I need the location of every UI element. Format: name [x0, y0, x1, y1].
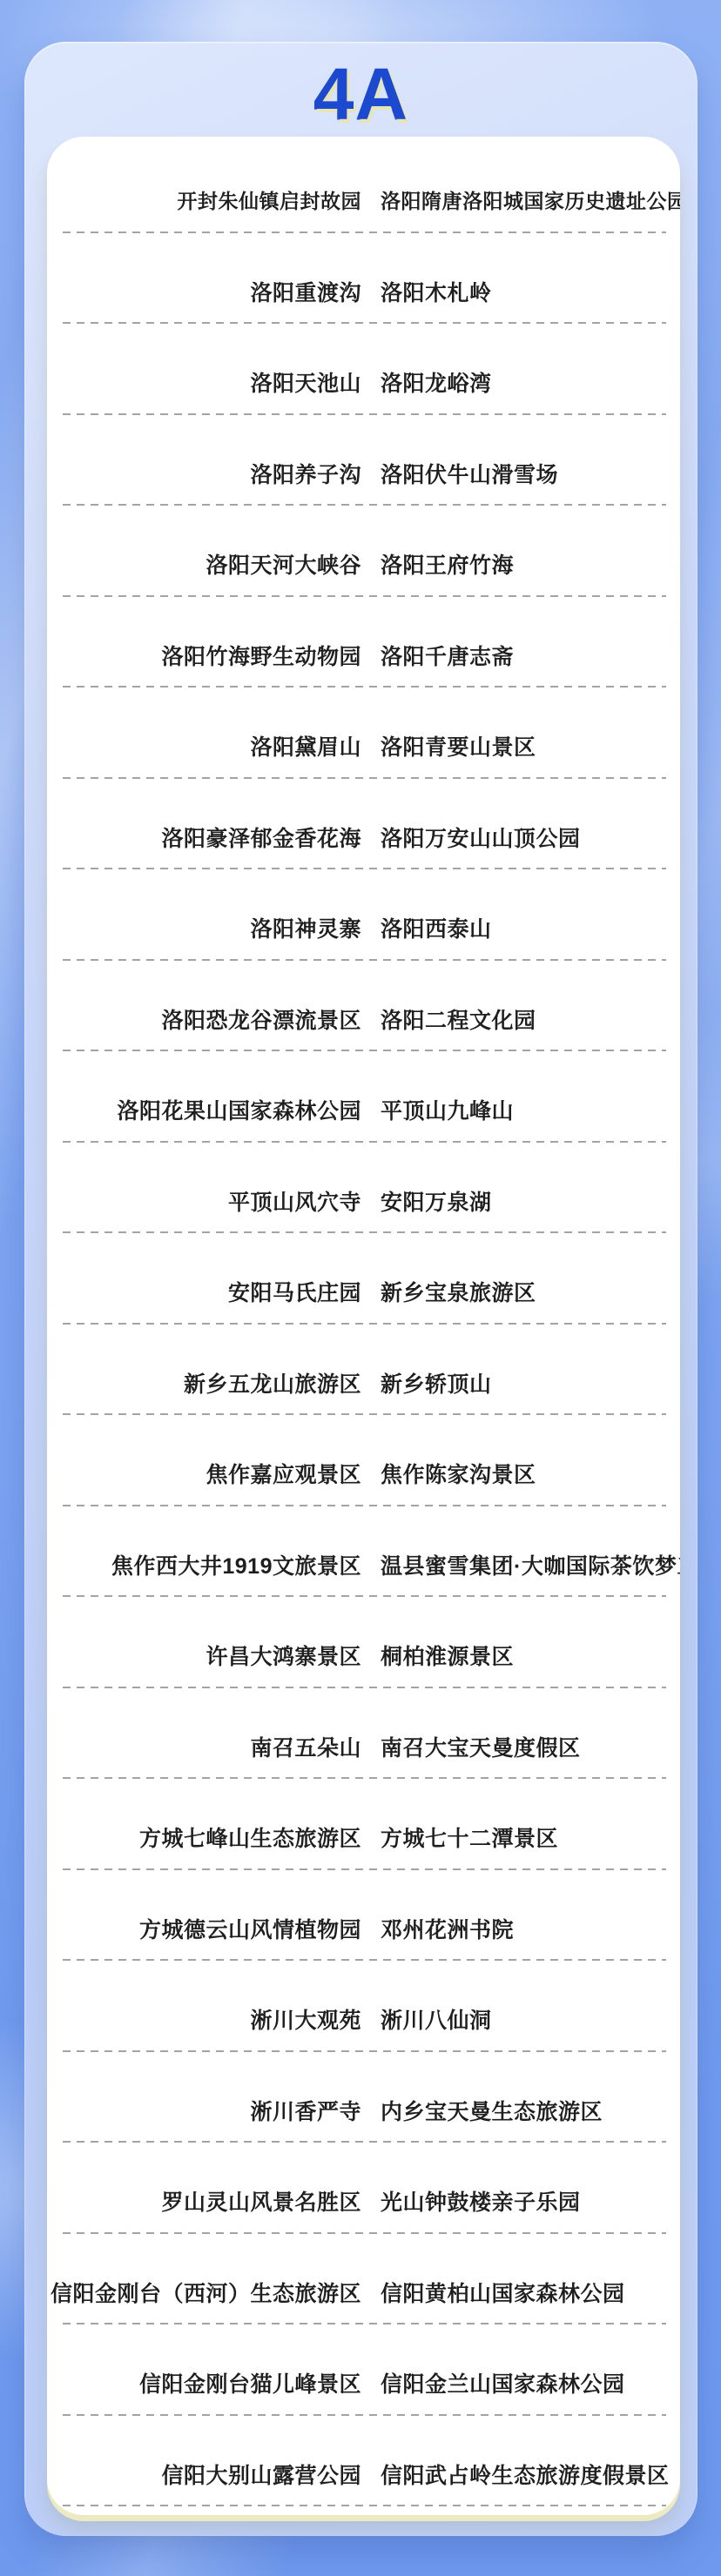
list-row: 信阳金刚台（西河）生态旅游区 信阳黄柏山国家森林公园	[47, 2234, 680, 2325]
attraction-right: 焦作陈家沟景区	[381, 1461, 680, 1490]
attraction-right: 洛阳龙峪湾	[381, 370, 680, 399]
list-row: 洛阳花果山国家森林公园 平顶山九峰山	[47, 1051, 680, 1143]
list-row: 洛阳天池山 洛阳龙峪湾	[47, 324, 680, 415]
list-row: 焦作西大井1919文旅景区 温县蜜雪集团·大咖国际茶饮梦工厂	[47, 1506, 680, 1598]
attraction-left: 洛阳黛眉山	[47, 734, 361, 762]
attraction-left: 洛阳竹海野生动物园	[47, 643, 361, 672]
list-row: 信阳大别山露营公园 信阳武占岭生态旅游度假景区	[47, 2416, 680, 2507]
attractions-card: 开封朱仙镇启封故园 洛阳隋唐洛阳城国家历史遗址公园 洛阳重渡沟 洛阳木札岭 洛阳…	[47, 137, 680, 2515]
list-row: 平顶山风穴寺 安阳万泉湖	[47, 1143, 680, 1234]
list-row: 淅川香严寺 内乡宝天曼生态旅游区	[47, 2052, 680, 2143]
attraction-right: 洛阳万安山山顶公园	[381, 825, 680, 854]
attraction-left: 洛阳天河大峡谷	[47, 552, 361, 580]
attraction-left: 安阳马氏庄园	[47, 1279, 361, 1308]
attraction-right: 淅川八仙洞	[381, 2007, 680, 2036]
attraction-left: 洛阳神灵寨	[47, 916, 361, 944]
attraction-right: 洛阳二程文化园	[381, 1007, 680, 1036]
attraction-right: 洛阳伏牛山滑雪场	[381, 461, 680, 490]
attraction-right: 洛阳隋唐洛阳城国家历史遗址公园	[381, 189, 680, 215]
attraction-left: 方城德云山风情植物园	[47, 1916, 361, 1945]
attraction-left: 开封朱仙镇启封故园	[47, 189, 361, 215]
attraction-left: 平顶山风穴寺	[47, 1189, 361, 1218]
attraction-right: 安阳万泉湖	[381, 1189, 680, 1218]
grade-header: 4A	[24, 42, 697, 137]
attraction-left: 洛阳花果山国家森林公园	[47, 1097, 361, 1126]
attraction-right: 洛阳王府竹海	[381, 552, 680, 580]
list-row: 罗山灵山风景名胜区 光山钟鼓楼亲子乐园	[47, 2143, 680, 2234]
attraction-left: 南召五朵山	[47, 1734, 361, 1763]
list-row: 方城德云山风情植物园 邓州花洲书院	[47, 1870, 680, 1962]
attraction-left: 信阳大别山露营公园	[47, 2462, 361, 2491]
list-row: 南召五朵山 南召大宝天曼度假区	[47, 1688, 680, 1780]
attraction-right: 洛阳西泰山	[381, 916, 680, 944]
attraction-right: 洛阳千唐志斋	[381, 643, 680, 672]
attraction-left: 洛阳豪泽郁金香花海	[47, 825, 361, 854]
attraction-left: 洛阳重渡沟	[47, 279, 361, 308]
grade-card: 4A 开封朱仙镇启封故园 洛阳隋唐洛阳城国家历史遗址公园 洛阳重渡沟 洛阳木札岭…	[24, 42, 697, 2536]
attraction-left: 方城七峰山生态旅游区	[47, 1825, 361, 1854]
row-separator	[63, 2505, 666, 2506]
list-row: 洛阳重渡沟 洛阳木札岭	[47, 233, 680, 325]
list-row: 洛阳竹海野生动物园 洛阳千唐志斋	[47, 597, 680, 688]
attraction-left: 罗山灵山风景名胜区	[47, 2189, 361, 2217]
attraction-left: 焦作嘉应观景区	[47, 1461, 361, 1490]
attraction-left: 淅川香严寺	[47, 2098, 361, 2127]
attraction-right: 邓州花洲书院	[381, 1916, 680, 1945]
attraction-right: 新乡宝泉旅游区	[381, 1279, 680, 1308]
attraction-right: 信阳金兰山国家森林公园	[381, 2371, 680, 2399]
attraction-right: 桐柏淮源景区	[381, 1643, 680, 1672]
grade-title: 4A	[313, 57, 408, 131]
attraction-left: 淅川大观苑	[47, 2007, 361, 2036]
attraction-left: 新乡五龙山旅游区	[47, 1371, 361, 1399]
attraction-right: 信阳武占岭生态旅游度假景区	[381, 2462, 680, 2491]
attraction-right: 洛阳木札岭	[381, 279, 680, 308]
list-row: 安阳马氏庄园 新乡宝泉旅游区	[47, 1233, 680, 1325]
list-row: 开封朱仙镇启封故园 洛阳隋唐洛阳城国家历史遗址公园	[47, 142, 680, 233]
list-row: 新乡五龙山旅游区 新乡轿顶山	[47, 1325, 680, 1416]
attraction-left: 焦作西大井1919文旅景区	[47, 1553, 361, 1581]
attraction-left: 信阳金刚台猫儿峰景区	[47, 2371, 361, 2399]
attraction-right: 温县蜜雪集团·大咖国际茶饮梦工厂	[381, 1553, 680, 1581]
attraction-right: 内乡宝天曼生态旅游区	[381, 2098, 680, 2127]
list-row: 信阳金刚台猫儿峰景区 信阳金兰山国家森林公园	[47, 2324, 680, 2416]
attraction-right: 平顶山九峰山	[381, 1097, 680, 1126]
attraction-right: 新乡轿顶山	[381, 1371, 680, 1399]
attraction-right: 洛阳青要山景区	[381, 734, 680, 762]
list-row: 方城七峰山生态旅游区 方城七十二潭景区	[47, 1779, 680, 1870]
attraction-right: 光山钟鼓楼亲子乐园	[381, 2189, 680, 2217]
attraction-right: 南召大宝天曼度假区	[381, 1734, 680, 1763]
attraction-left: 信阳金刚台（西河）生态旅游区	[47, 2280, 361, 2309]
attraction-right: 方城七十二潭景区	[381, 1825, 680, 1854]
list-row: 洛阳豪泽郁金香花海 洛阳万安山山顶公园	[47, 779, 680, 870]
attraction-right: 信阳黄柏山国家森林公园	[381, 2280, 680, 2309]
list-row: 焦作嘉应观景区 焦作陈家沟景区	[47, 1415, 680, 1506]
list-row: 洛阳养子沟 洛阳伏牛山滑雪场	[47, 415, 680, 506]
list-row: 淅川大观苑 淅川八仙洞	[47, 1961, 680, 2052]
attraction-left: 洛阳恐龙谷漂流景区	[47, 1007, 361, 1036]
attraction-left: 洛阳天池山	[47, 370, 361, 399]
list-row: 洛阳恐龙谷漂流景区 洛阳二程文化园	[47, 961, 680, 1052]
attraction-left: 洛阳养子沟	[47, 461, 361, 490]
attraction-left: 许昌大鸿寨景区	[47, 1643, 361, 1672]
attractions-list: 开封朱仙镇启封故园 洛阳隋唐洛阳城国家历史遗址公园 洛阳重渡沟 洛阳木札岭 洛阳…	[47, 137, 680, 2506]
list-row: 许昌大鸿寨景区 桐柏淮源景区	[47, 1597, 680, 1688]
list-row: 洛阳天河大峡谷 洛阳王府竹海	[47, 506, 680, 597]
list-row: 洛阳神灵寨 洛阳西泰山	[47, 869, 680, 961]
list-row: 洛阳黛眉山 洛阳青要山景区	[47, 688, 680, 779]
